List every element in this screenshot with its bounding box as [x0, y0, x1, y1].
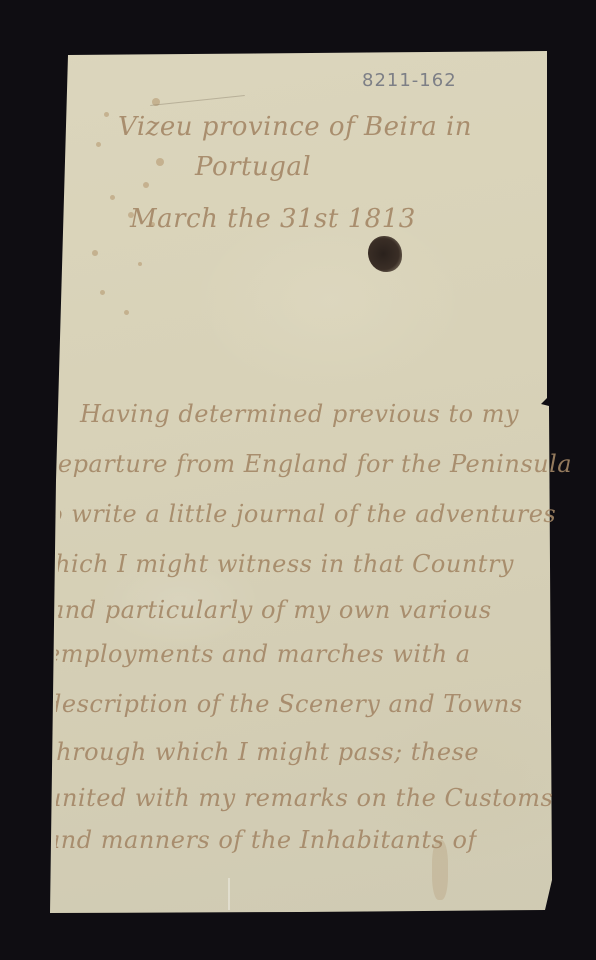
body-line: description of the Scenery and Towns [46, 690, 523, 718]
body-line: and particularly of my own various [50, 596, 492, 624]
body-line: through which I might pass; these [46, 738, 479, 766]
foxing-stain [92, 250, 98, 256]
body-line: departure from England for the Peninsula [42, 450, 572, 478]
foxing-stain [124, 310, 129, 315]
foxing-stain [96, 142, 101, 147]
heading-country: Portugal [195, 152, 311, 182]
foxing-stain [110, 195, 115, 200]
ink-blot [368, 236, 402, 272]
body-line: Having determined previous to my [80, 400, 519, 428]
body-line: which I might witness in that Country [34, 550, 514, 578]
foxing-stain [138, 262, 142, 266]
foxing-stain [104, 112, 109, 117]
foxing-stain [156, 158, 164, 166]
body-line: employments and marches with a [46, 640, 471, 668]
body-line: to write a little journal of the adventu… [38, 500, 556, 528]
body-line: united with my remarks on the Customs [46, 784, 553, 812]
heading-location: Vizeu province of Beira in [118, 112, 472, 142]
heading-date: March the 31st 1813 [130, 204, 416, 234]
foxing-stain [143, 182, 149, 188]
body-line: and manners of the Inhabitants of [46, 826, 477, 854]
paper-tear [228, 878, 230, 910]
foxing-stain [100, 290, 105, 295]
paper-crease [150, 95, 245, 106]
manuscript-page [0, 0, 596, 960]
catalog-number: 8211-162 [362, 70, 457, 91]
